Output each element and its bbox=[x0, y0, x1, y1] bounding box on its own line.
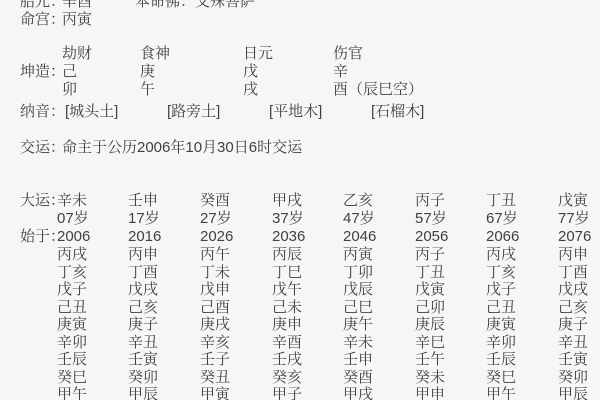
liunian-year: 己亥 bbox=[128, 299, 161, 317]
liunian-year: 癸丑 bbox=[200, 369, 233, 387]
nayin-item: [平地木] bbox=[269, 103, 322, 121]
liunian-year: 丁未 bbox=[200, 264, 233, 282]
liunian-year: 甲辰 bbox=[558, 386, 591, 400]
dayun-start-year: 2026 bbox=[200, 228, 233, 246]
dayun-start-year: 2066 bbox=[486, 228, 519, 246]
taiyuan-value: 辛酉 bbox=[62, 0, 135, 11]
liunian-year: 庚子 bbox=[558, 316, 591, 334]
dayun-age: 37岁 bbox=[272, 210, 305, 228]
liunian-year: 壬子 bbox=[200, 351, 233, 369]
liunian-year: 癸卯 bbox=[558, 369, 591, 387]
liunian-year: 壬戌 bbox=[272, 351, 305, 369]
liunian-year: 己丑 bbox=[486, 299, 519, 317]
liunian-year: 壬申 bbox=[343, 351, 376, 369]
dayun-column: 乙亥47岁2046丙寅丁卯戊辰己巳庚午辛未壬申癸酉甲戌 bbox=[343, 192, 376, 400]
liunian-year: 壬寅 bbox=[558, 351, 591, 369]
liunian-year: 甲辰 bbox=[128, 386, 161, 400]
minggong-label: 命宫： bbox=[20, 11, 62, 29]
dayun-start-year: 2076 bbox=[558, 228, 591, 246]
stem-char: 戊 bbox=[243, 63, 273, 81]
liunian-year: 丙戌 bbox=[486, 246, 519, 264]
dayun-column: 辛未07岁2006丙戌丁亥戊子己丑庚寅辛卯壬辰癸巳甲午 bbox=[57, 192, 90, 400]
benmingfo-label: 本命佛： bbox=[135, 0, 195, 10]
liunian-year: 己巳 bbox=[343, 299, 376, 317]
dayun-start-year: 2056 bbox=[415, 228, 448, 246]
dayun-age: 77岁 bbox=[558, 210, 591, 228]
branch-char: 戌 bbox=[243, 81, 273, 99]
liunian-year: 庚辰 bbox=[415, 316, 448, 334]
dayun-column: 壬申17岁2016丙申丁酉戊戌己亥庚子辛丑壬寅癸卯甲辰 bbox=[128, 192, 161, 400]
liunian-year: 戊午 bbox=[272, 281, 305, 299]
liunian-year: 丁亥 bbox=[57, 264, 90, 282]
liunian-year: 丁巳 bbox=[272, 264, 305, 282]
liunian-year: 己亥 bbox=[558, 299, 591, 317]
liunian-year: 庚午 bbox=[343, 316, 376, 334]
liunian-year: 戊寅 bbox=[415, 281, 448, 299]
liunian-year: 壬辰 bbox=[486, 351, 519, 369]
jiaoyun-label: 交运： bbox=[20, 139, 62, 157]
liunian-year: 戊戌 bbox=[128, 281, 161, 299]
liunian-year: 辛巳 bbox=[415, 334, 448, 352]
stem-char: 己 bbox=[62, 63, 92, 81]
liunian-year: 戊辰 bbox=[343, 281, 376, 299]
liunian-year: 丁丑 bbox=[415, 264, 448, 282]
liunian-year: 庚申 bbox=[272, 316, 305, 334]
liunian-year: 己卯 bbox=[415, 299, 448, 317]
liunian-year: 甲申 bbox=[415, 386, 448, 400]
liunian-year: 丁酉 bbox=[128, 264, 161, 282]
nayin-item: [石榴木] bbox=[371, 103, 424, 121]
header-line-taiyuan: 胎元：辛酉本命佛：文殊菩萨 bbox=[20, 0, 255, 11]
minggong-value: 丙寅 bbox=[62, 11, 92, 28]
dayun-ganzhi: 辛未 bbox=[57, 192, 90, 210]
liunian-year: 癸未 bbox=[415, 369, 448, 387]
liunian-year: 丙申 bbox=[558, 246, 591, 264]
dayun-column: 癸酉27岁2026丙午丁未戊申己酉庚戌辛亥壬子癸丑甲寅 bbox=[200, 192, 233, 400]
jiaoyun-text: 命主于公历2006年10月30日6时交运 bbox=[62, 139, 302, 156]
ten-god-label: 食神 bbox=[140, 45, 170, 63]
dayun-column: 戊寅77岁2076丙申丁酉戊戌己亥庚子辛丑壬寅癸卯甲辰 bbox=[558, 192, 591, 400]
bazi-chart-page: 胎元：辛酉本命佛：文殊菩萨 命宫：丙寅 坤造： 劫财己卯食神庚午日元戊戌伤官辛酉… bbox=[0, 0, 600, 400]
dayun-column: 丁丑67岁2066丙戌丁亥戊子己丑庚寅辛卯壬辰癸巳甲午 bbox=[486, 192, 519, 400]
dayun-ganzhi: 甲戌 bbox=[272, 192, 305, 210]
dayun-ganzhi: 丙子 bbox=[415, 192, 448, 210]
liunian-year: 丙戌 bbox=[57, 246, 90, 264]
dayun-start-year: 2016 bbox=[128, 228, 161, 246]
dayun-column: 丙子57岁2056丙子丁丑戊寅己卯庚辰辛巳壬午癸未甲申 bbox=[415, 192, 448, 400]
liunian-year: 甲戌 bbox=[343, 386, 376, 400]
liunian-year: 癸巳 bbox=[486, 369, 519, 387]
dayun-age: 17岁 bbox=[128, 210, 161, 228]
liunian-year: 癸亥 bbox=[272, 369, 305, 387]
liunian-year: 癸卯 bbox=[128, 369, 161, 387]
nayin-label: 纳音： bbox=[20, 103, 65, 121]
pillars-label: 坤造： bbox=[20, 63, 65, 81]
header-line-minggong: 命宫：丙寅 bbox=[20, 11, 92, 29]
liunian-year: 甲寅 bbox=[200, 386, 233, 400]
liunian-year: 辛亥 bbox=[200, 334, 233, 352]
stem-char: 庚 bbox=[140, 63, 170, 81]
ten-god-label: 日元 bbox=[243, 45, 273, 63]
liunian-year: 庚寅 bbox=[486, 316, 519, 334]
taiyuan-label: 胎元： bbox=[20, 0, 62, 11]
nayin-item: [城头土] bbox=[65, 103, 118, 121]
dayun-ganzhi: 乙亥 bbox=[343, 192, 376, 210]
liunian-year: 丁卯 bbox=[343, 264, 376, 282]
liunian-year: 辛卯 bbox=[486, 334, 519, 352]
dayun-ganzhi: 癸酉 bbox=[200, 192, 233, 210]
dayun-age: 47岁 bbox=[343, 210, 376, 228]
dayun-ganzhi: 壬申 bbox=[128, 192, 161, 210]
liunian-year: 壬辰 bbox=[57, 351, 90, 369]
liunian-year: 壬午 bbox=[415, 351, 448, 369]
liunian-year: 己酉 bbox=[200, 299, 233, 317]
ten-god-label: 劫财 bbox=[62, 45, 92, 63]
liunian-year: 己未 bbox=[272, 299, 305, 317]
pillar-column: 食神庚午 bbox=[140, 45, 170, 99]
jiaoyun-line: 交运：命主于公历2006年10月30日6时交运 bbox=[20, 139, 302, 157]
dayun-age: 57岁 bbox=[415, 210, 448, 228]
dayun-column: 甲戌37岁2036丙辰丁巳戊午己未庚申辛酉壬戌癸亥甲子 bbox=[272, 192, 305, 400]
liunian-year: 庚子 bbox=[128, 316, 161, 334]
ten-god-label: 伤官 bbox=[333, 45, 423, 63]
liunian-year: 癸酉 bbox=[343, 369, 376, 387]
liunian-year: 甲午 bbox=[486, 386, 519, 400]
liunian-year: 丙辰 bbox=[272, 246, 305, 264]
liunian-year: 辛卯 bbox=[57, 334, 90, 352]
liunian-year: 辛酉 bbox=[272, 334, 305, 352]
liunian-year: 戊子 bbox=[57, 281, 90, 299]
liunian-year: 庚寅 bbox=[57, 316, 90, 334]
liunian-year: 辛丑 bbox=[128, 334, 161, 352]
liunian-year: 丙申 bbox=[128, 246, 161, 264]
dayun-ganzhi: 丁丑 bbox=[486, 192, 519, 210]
stem-char: 辛 bbox=[333, 63, 423, 81]
liunian-year: 戊申 bbox=[200, 281, 233, 299]
liunian-year: 壬寅 bbox=[128, 351, 161, 369]
liunian-year: 甲午 bbox=[57, 386, 90, 400]
pillar-column: 劫财己卯 bbox=[62, 45, 92, 99]
liunian-year: 戊戌 bbox=[558, 281, 591, 299]
dayun-age: 07岁 bbox=[57, 210, 90, 228]
liunian-year: 丙寅 bbox=[343, 246, 376, 264]
liunian-year: 丙午 bbox=[200, 246, 233, 264]
dayun-age: 67岁 bbox=[486, 210, 519, 228]
branch-char: 酉（辰巳空） bbox=[333, 81, 423, 99]
liunian-year: 庚戌 bbox=[200, 316, 233, 334]
pillar-column: 伤官辛酉（辰巳空） bbox=[333, 45, 423, 99]
liunian-year: 己丑 bbox=[57, 299, 90, 317]
dayun-start-year: 2006 bbox=[57, 228, 90, 246]
liunian-year: 甲子 bbox=[272, 386, 305, 400]
liunian-year: 丙子 bbox=[415, 246, 448, 264]
liunian-year: 癸巳 bbox=[57, 369, 90, 387]
liunian-year: 丁酉 bbox=[558, 264, 591, 282]
branch-char: 卯 bbox=[62, 81, 92, 99]
liunian-year: 辛未 bbox=[343, 334, 376, 352]
branch-char: 午 bbox=[140, 81, 170, 99]
pillar-column: 日元戊戌 bbox=[243, 45, 273, 99]
liunian-year: 辛丑 bbox=[558, 334, 591, 352]
benmingfo-value: 文殊菩萨 bbox=[195, 0, 255, 10]
dayun-age: 27岁 bbox=[200, 210, 233, 228]
dayun-start-year: 2046 bbox=[343, 228, 376, 246]
liunian-year: 丁亥 bbox=[486, 264, 519, 282]
nayin-item: [路旁土] bbox=[167, 103, 220, 121]
dayun-start-year: 2036 bbox=[272, 228, 305, 246]
liunian-year: 戊子 bbox=[486, 281, 519, 299]
dayun-ganzhi: 戊寅 bbox=[558, 192, 591, 210]
